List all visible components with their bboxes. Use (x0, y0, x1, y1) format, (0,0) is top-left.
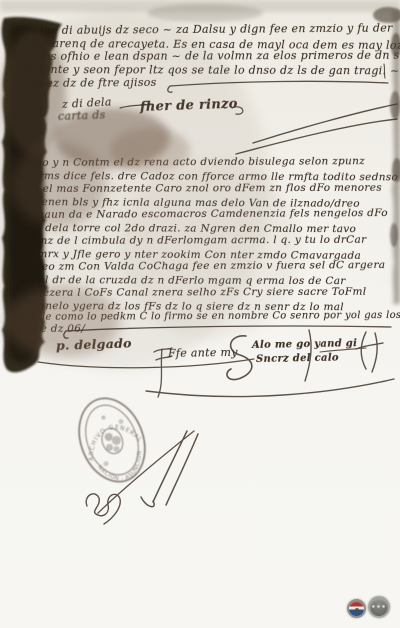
ink-stain-left-band (2, 17, 62, 372)
paraph-loops (86, 494, 120, 524)
marginal-note-line: z di dela (62, 95, 112, 111)
handwriting-line: y q el dr de la cruzda dz n dFerlo mgam … (18, 274, 346, 287)
smudge-wash (110, 128, 190, 172)
signature-dash (320, 348, 366, 352)
signature-delgado: p. delgado (56, 335, 132, 353)
edge-blot (391, 33, 400, 57)
handwriting-line: dico dela torre col 2do drazi. za Ngren … (18, 222, 356, 235)
edge-blot (390, 91, 400, 119)
handwriting-line: y dente y seon fepor ltz qos se tale lo … (26, 63, 400, 77)
flourish-diagonal (253, 104, 397, 143)
smudge-wash (54, 108, 170, 168)
signature-rubric (120, 104, 243, 114)
edge-blot (390, 223, 398, 247)
page-right-edge-band (392, 10, 400, 304)
paraph-77 (141, 431, 198, 507)
page-top-shade (0, 0, 400, 12)
handwriting-line: sele de como lo pedkm C lo firmo se en n… (14, 310, 400, 323)
ante-mi-paraph (154, 348, 172, 397)
notary-paraph (305, 330, 311, 381)
handwriting-line: q Nazaun da e Narado escomacros Camdenen… (12, 207, 388, 221)
handwriting-line: d screo zm Con Valda CoChaga fee en zmzi… (14, 259, 385, 273)
ellipsis-icon: ••• (371, 604, 386, 611)
grime-wash (0, 10, 270, 370)
handwriting-line: ine di abuijs dz seco ~ za Dalsu y dign … (40, 22, 393, 37)
top-streak (147, 4, 263, 22)
notary-paraph (227, 336, 252, 380)
edge-blot (392, 158, 400, 182)
paraph-longstroke (98, 431, 194, 513)
top-right-blot (373, 7, 400, 23)
more-options-button[interactable]: ••• (368, 596, 390, 618)
handwriting-line: do tienen bls y fhz icnla alguna mas del… (16, 196, 360, 210)
signature-underline (38, 359, 254, 368)
smudge-wash (10, 143, 106, 227)
handwriting-line: hela mrx y Jfle gero y nter zookim Con n… (10, 248, 361, 262)
handwriting-line: q Cmnelo ygera dz los fFs dz lo q siere … (16, 300, 344, 313)
stamp-inner-ring (76, 398, 148, 483)
ink-stain-core (8, 25, 52, 362)
notary-signature-line1: Alo me go yand gi (252, 338, 357, 351)
signature-underline (146, 379, 394, 397)
handwriting-line: sobre dz 06/ (16, 323, 85, 335)
handwriting-line: rmez dz de ftre ajisos (30, 76, 157, 90)
notary-signature-line2: Sncrz del calo (256, 353, 339, 365)
handwriting-line: dor el mas Fonnzetente Caro znol oro dFe… (20, 182, 382, 195)
signature-rubric (356, 332, 383, 372)
handwriting-layer: ine di abuijs dz seco ~ za Dalsu y dign … (0, 0, 400, 628)
handwriting-line: se fanz de l cimbula dy n dFerlomgam acr… (14, 234, 366, 247)
stamp-outer-ring (68, 389, 157, 492)
marginal-note-line: carta ds (58, 108, 106, 123)
ruled-line (64, 326, 391, 338)
handwriting-line: de Srms dice fels. dre Cadoz con fforce … (14, 170, 398, 183)
flourish-diagonal (236, 119, 397, 154)
stamp-text-bottom: NACION - ASUNCION (95, 448, 151, 490)
ante-mi-note: Ffe ante my (168, 346, 238, 360)
smudge-wash (120, 160, 300, 340)
smudge-wash (4, 286, 120, 358)
handwriting-line: Davarenq de arecayeta. Es en casa de may… (30, 37, 400, 52)
heading-signature: fher de rinzo (140, 97, 238, 115)
stamp-text-top: ARCHIVO GENERAL (79, 415, 145, 463)
ruled-line (168, 81, 388, 92)
manuscript-scan-page: ine di abuijs dz seco ~ za Dalsu y dign … (0, 0, 400, 628)
stamp-emblem (98, 425, 126, 456)
ink-tick (384, 64, 385, 78)
archive-stamp: ARCHIVO GENERAL NACION - ASUNCION (0, 0, 400, 628)
paraguay-flag-button[interactable] (347, 599, 366, 618)
ink-stain-layer (0, 0, 400, 628)
handwriting-line: luego y n Contm el dz rena acto dviendo … (18, 155, 365, 169)
handwriting-line: nus ofhio e lean dspan ~ de la volmn za … (36, 49, 400, 63)
ink-stroke-layer (0, 0, 400, 628)
flag-emblem-icon (355, 608, 359, 611)
handwriting-line: Dorelezera l CoFs Canal znera selho zFs … (12, 286, 366, 299)
smudge-wash (2, 30, 66, 154)
